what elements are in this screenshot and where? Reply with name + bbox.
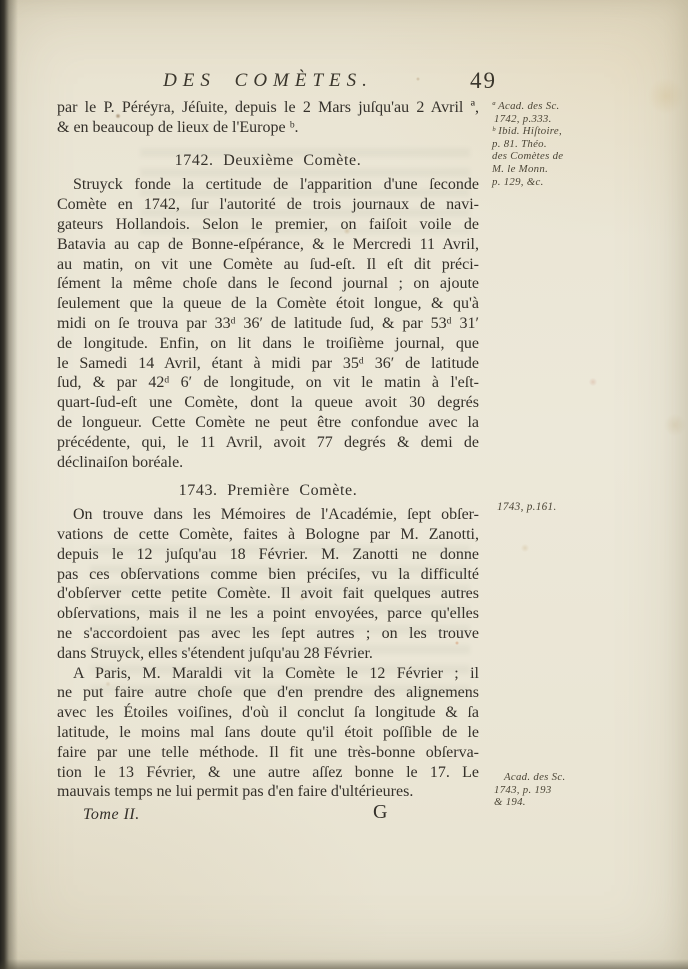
section-heading-1742: 1742. Deuxième Comète. bbox=[57, 151, 479, 171]
margin-note-line: 1743, p. 193 bbox=[494, 784, 594, 797]
margin-note-references-ab: ª Acad. des Sc. 1742, p.333. ᵇ Ibid. Hiſ… bbox=[492, 100, 592, 188]
margin-note-line: ᵇ Ibid. Hiſtoire, bbox=[492, 125, 592, 138]
running-title: DES COMÈTES. bbox=[57, 70, 479, 92]
text-line: Batavia au cap de Bonne-eſpérance, & le … bbox=[57, 235, 479, 255]
text-line: faire par une telle méthode. Il fit une … bbox=[57, 743, 479, 763]
paragraph-1743-observations: On trouve dans les Mémoires de l'Académi… bbox=[57, 505, 479, 663]
margin-note-line: p. 129, &c. bbox=[492, 176, 592, 189]
text-line: & en beaucoup de lieux de l'Europe ᵇ. bbox=[57, 118, 479, 138]
text-line: ne s'accordoient pas avec les ſept autre… bbox=[57, 624, 479, 644]
scanned-book-page: DES COMÈTES. 49 par le P. Péréyra, Jéſui… bbox=[0, 0, 688, 969]
text-line: obſervations, mais il ne les a point env… bbox=[57, 604, 479, 624]
text-line: le Samedi 14 Avril, étant à midi par 35ᵈ… bbox=[57, 354, 479, 374]
margin-note-1743-p161: 1743, p.161. bbox=[497, 501, 597, 514]
text-line: avec les Étoiles voiſines, d'où il concl… bbox=[57, 703, 479, 723]
text-line: tion le 13 Février, & une autre aſſez bo… bbox=[57, 763, 479, 783]
page-number: 49 bbox=[470, 68, 497, 94]
binding-shadow bbox=[0, 0, 18, 969]
tome-label: Tome II. bbox=[83, 806, 140, 824]
section-heading-1743: 1743. Première Comète. bbox=[57, 481, 479, 501]
text-line: au matin, on vit une Comète au ſud-eſt. … bbox=[57, 255, 479, 275]
text-line: ſeulement que la queue de la Comète étoi… bbox=[57, 294, 479, 314]
text-line: depuis le 12 juſqu'au 18 Février. M. Zan… bbox=[57, 545, 479, 565]
text-line: mauvais temps ne lui permit pas d'en fai… bbox=[57, 782, 479, 802]
text-line: vations de cette Comète, faites à Bologn… bbox=[57, 525, 479, 545]
text-line: déclinaiſon boréale. bbox=[57, 453, 479, 473]
text-line: quart-ſud-eſt une Comète, dont la queue … bbox=[57, 393, 479, 413]
margin-note-line: M. le Monn. bbox=[492, 163, 592, 176]
text-line: dans Struyck, elles s'étendent juſqu'au … bbox=[57, 644, 479, 664]
margin-note-acad-1743: Acad. des Sc. 1743, p. 193 & 194. bbox=[494, 771, 594, 809]
margin-note-line: des Comètes de bbox=[492, 150, 592, 163]
text-line: gateurs Hollandois. Selon le premier, on… bbox=[57, 215, 479, 235]
margin-note-line: & 194. bbox=[494, 796, 594, 809]
text-line: d'obſerver cette petite Comète. Il avoit… bbox=[57, 584, 479, 604]
text-line: ſément la même choſe dans le ſecond jour… bbox=[57, 274, 479, 294]
margin-note-line: p. 81. Théo. bbox=[492, 138, 592, 151]
text-line: de longitude. Enfin, on lit dans le troi… bbox=[57, 334, 479, 354]
text-line: ne put faire autre choſe que d'en prendr… bbox=[57, 683, 479, 703]
paragraph-1743-paris: A Paris, M. Maraldi vit la Comète le 12 … bbox=[57, 664, 479, 803]
text-line: ſud, & par 42ᵈ 6′ de longitude, on vit l… bbox=[57, 373, 479, 393]
margin-note-line: Acad. des Sc. bbox=[494, 771, 594, 784]
text-line: par le P. Péréyra, Jéſuite, depuis le 2 … bbox=[57, 98, 479, 118]
paragraph-1742: Struyck fonde la certitude de l'appariti… bbox=[57, 175, 479, 472]
footer-row: Tome II. G bbox=[57, 806, 479, 832]
text-line: Comète en 1742, ſur l'autorité de trois … bbox=[57, 195, 479, 215]
text-line: A Paris, M. Maraldi vit la Comète le 12 … bbox=[57, 664, 479, 684]
running-head: DES COMÈTES. 49 bbox=[57, 70, 479, 100]
intro-paragraph: par le P. Péréyra, Jéſuite, depuis le 2 … bbox=[57, 98, 479, 138]
text-line: Struyck fonde la certitude de l'appariti… bbox=[57, 175, 479, 195]
text-line: latitude, le moins mal ſans doute qu'il … bbox=[57, 723, 479, 743]
page-bottom-edge bbox=[0, 959, 688, 969]
text-column: par le P. Péréyra, Jéſuite, depuis le 2 … bbox=[57, 98, 479, 802]
text-line: précédente, qui, le 11 Avril, avoit 77 d… bbox=[57, 433, 479, 453]
margin-note-line: 1742, p.333. bbox=[492, 113, 592, 126]
text-line: pas ces obſervations comme bien préciſes… bbox=[57, 565, 479, 585]
gathering-signature: G bbox=[373, 801, 387, 824]
text-line: midi on ſe trouva par 33ᵈ 36′ de latitud… bbox=[57, 314, 479, 334]
text-line: de longueur. Cette Comète ne peut être c… bbox=[57, 413, 479, 433]
text-line: On trouve dans les Mémoires de l'Académi… bbox=[57, 505, 479, 525]
margin-note-line: ª Acad. des Sc. bbox=[492, 100, 592, 113]
